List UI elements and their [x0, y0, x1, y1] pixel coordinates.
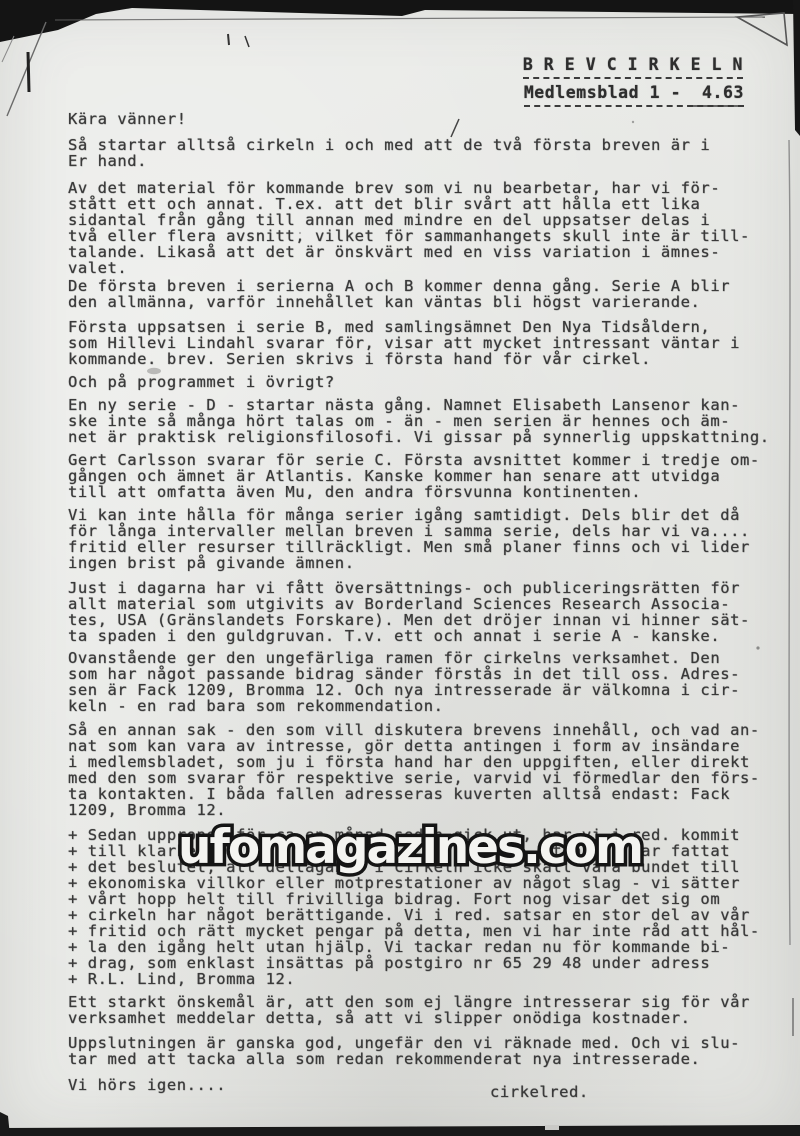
- paragraph-question: Och på programmet i övrigt?: [68, 374, 335, 390]
- greeting: Kära vänner!: [68, 111, 187, 127]
- paragraph-5: En ny serie - D - startar nästa gång. Na…: [68, 397, 770, 445]
- paragraph-1: Så startar alltså cirkeln i och med att …: [68, 137, 710, 169]
- paragraph-9: Ovanstående ger den ungefärliga ramen fö…: [68, 650, 740, 714]
- sign-off: Vi hörs igen....: [68, 1077, 226, 1093]
- paragraph-11: Ett starkt önskemål är, att den som ej l…: [68, 994, 750, 1026]
- paragraph-12: Uppslutningen är ganska god, ungefär den…: [68, 1035, 740, 1067]
- paragraph-3: De första breven i serierna A och B komm…: [68, 278, 730, 310]
- letter-text-layer: B R E V C I R K E L N Medlemsblad 1 - 4.…: [0, 0, 800, 1136]
- paragraph-6: Gert Carlsson svarar för serie C. Första…: [68, 452, 760, 500]
- signature: cirkelred.: [490, 1084, 589, 1100]
- watermark-text: ufomagazines.com: [178, 820, 642, 875]
- scanned-letter-page: B R E V C I R K E L N Medlemsblad 1 - 4.…: [0, 0, 800, 1136]
- paragraph-7: Vi kan inte hålla för många serier igång…: [68, 507, 750, 571]
- newsletter-title: B R E V C I R K E L N: [523, 56, 743, 79]
- paragraph-10: Så en annan sak - den som vill diskutera…: [68, 722, 760, 818]
- paragraph-4: Första uppsatsen i serie B, med samlings…: [68, 319, 740, 367]
- issue-subtitle: Medlemsblad 1 - 4.63: [524, 84, 744, 107]
- paragraph-8: Just i dagarna har vi fått översättnings…: [68, 580, 750, 644]
- paragraph-2: Av det material för kommande brev som vi…: [68, 180, 750, 276]
